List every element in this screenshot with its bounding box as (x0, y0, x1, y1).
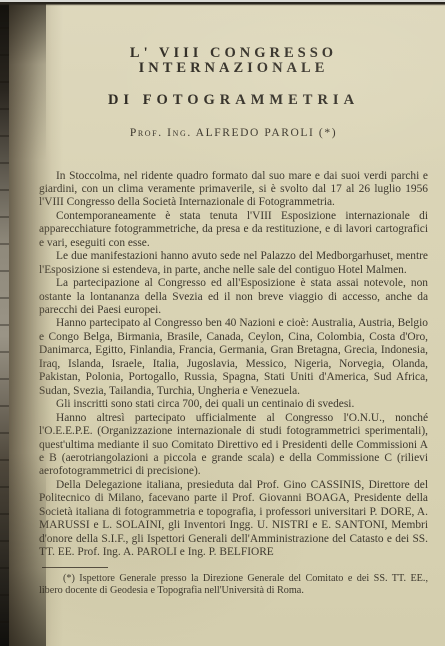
scan-top-edge-line (0, 0, 445, 6)
article-body: In Stoccolma, nel ridente quadro formato… (39, 170, 428, 560)
paragraph-6: Gli inscritti sono stati circa 700, dei … (39, 398, 428, 411)
paragraph-3: Le due manifestazioni hanno avuto sede n… (39, 250, 428, 277)
footnote-text: (*) Ispettore Generale presso la Direzio… (39, 573, 428, 598)
article-title: L' VIII CONGRESSO INTERNAZIONALE DI FOTO… (39, 46, 428, 108)
book-page-edge (0, 0, 9, 646)
page-content: L' VIII CONGRESSO INTERNAZIONALE DI FOTO… (39, 46, 428, 598)
article-title-line1: L' VIII CONGRESSO INTERNAZIONALE (39, 46, 428, 75)
paragraph-2: Contemporaneamente è stata tenuta l'VIII… (39, 210, 428, 250)
paragraph-8-italian-delegation: Della Delegazione italiana, presieduta d… (39, 479, 428, 560)
paragraph-7: Hanno altresì partecipato ufficialmente … (39, 412, 428, 479)
author-byline: Prof. Ing. ALFREDO PAROLI (*) (39, 127, 428, 139)
scanned-book-page: L' VIII CONGRESSO INTERNAZIONALE DI FOTO… (0, 0, 445, 646)
paragraph-4: La partecipazione al Congresso ed all'Es… (39, 277, 428, 317)
paragraph-1: In Stoccolma, nel ridente quadro formato… (39, 170, 428, 210)
paragraph-5-nations-list: Hanno partecipato al Congresso ben 40 Na… (39, 317, 428, 398)
article-title-line2: DI FOTOGRAMMETRIA (39, 93, 428, 108)
